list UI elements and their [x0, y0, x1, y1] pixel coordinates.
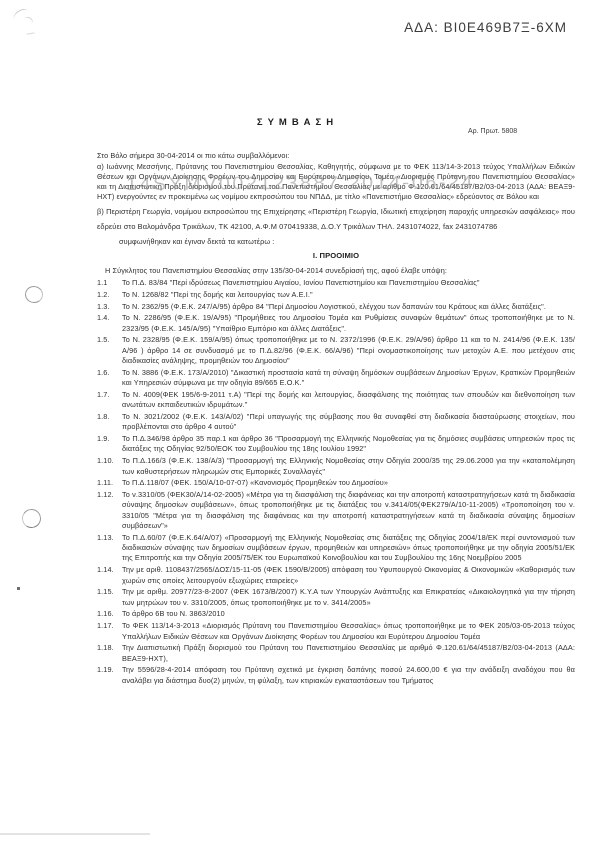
- preamble-list-item: 1.11. Το Π.Δ.118/07 (ΦΕΚ. 150/Α/10-07-07…: [97, 478, 575, 488]
- scan-streak: [0, 833, 150, 835]
- list-item-text: Το Ν. 3021/2002 (Φ.Ε.Κ. 143/Α/02) "Περί …: [122, 412, 575, 433]
- preamble-list-item: 1.19. Την 5596/28-4-2014 απόφαση του Πρύ…: [97, 665, 575, 686]
- preamble-intro-line: Η Σύγκλητος του Πανεπιστημίου Θεσσαλίας …: [105, 266, 575, 276]
- list-item-text: Το Π.Δ. 83/84 "Περί ιδρύσεως Πανεπιστημί…: [122, 278, 575, 288]
- preamble-list-item: 1.16. Το άρθρο 6Β του Ν. 3863/2010: [97, 609, 575, 619]
- pencil-smudge: [21, 15, 34, 28]
- list-item-number: 1.14.: [97, 565, 122, 586]
- list-item-text: Το Ν. 2328/95 (Φ.Ε.Κ. 159/Α/95) όπως τρο…: [122, 335, 575, 366]
- list-item-number: 1.17.: [97, 621, 122, 642]
- ink-dot: [17, 587, 20, 590]
- list-item-number: 1.2.: [97, 290, 122, 300]
- list-item-number: 1.6.: [97, 368, 122, 389]
- list-item-number: 1.8.: [97, 412, 122, 433]
- list-item-text: Την 5596/28-4-2014 απόφαση του Πρύτανη σ…: [122, 665, 575, 686]
- preamble-list-item: 1.9. Το Π.Δ.346/98 άρθρο 35 παρ.1 και άρ…: [97, 434, 575, 455]
- preamble-list-item: 1.12. Το ν.3310/05 (ΦΕΚ30/Α/14-02-2005) …: [97, 490, 575, 531]
- preamble-list-item: 1.8. Το Ν. 3021/2002 (Φ.Ε.Κ. 143/Α/02) "…: [97, 412, 575, 433]
- list-item-number: 1.13.: [97, 533, 122, 564]
- list-item-text: Το Ν. 2286/95 (Φ.Ε.Κ. 19/Α/95) "Προμήθει…: [122, 313, 575, 334]
- list-item-number: 1.10.: [97, 456, 122, 477]
- punch-hole: [20, 507, 43, 530]
- preamble-list-item: 1.1 Το Π.Δ. 83/84 "Περί ιδρύσεως Πανεπισ…: [97, 278, 575, 288]
- protocol-number: Αρ. Πρωτ. 5808: [468, 128, 517, 135]
- list-item-text: Το άρθρο 6Β του Ν. 3863/2010: [122, 609, 575, 619]
- preamble-items-list: 1.1 Το Π.Δ. 83/84 "Περί ιδρύσεως Πανεπισ…: [97, 278, 575, 686]
- preamble-list-item: 1.14. Την με αριθ. 1108437/2565/ΔΟΣ/15-1…: [97, 565, 575, 586]
- list-item-number: 1.11.: [97, 478, 122, 488]
- preamble-list-item: 1.17. Το ΦΕΚ 113/14-3-2013 «Διορισμός Πρ…: [97, 621, 575, 642]
- list-item-number: 1.7.: [97, 390, 122, 411]
- list-item-text: Την με αριθμ. 20977/23-8-2007 (ΦΕΚ 1673/…: [122, 587, 575, 608]
- preamble-list-item: 1.6. Το Ν. 3886 (Φ.Ε.Κ. 173/Α/2010) "Δικ…: [97, 368, 575, 389]
- list-item-text: Το Π.Δ.346/98 άρθρο 35 παρ.1 και άρθρο 3…: [122, 434, 575, 455]
- list-item-text: Το ν.3310/05 (ΦΕΚ30/Α/14-02-2005) «Μέτρα…: [122, 490, 575, 531]
- intro-line: Στο Βόλο σήμερα 30-04-2014 οι πιο κάτω σ…: [97, 151, 575, 161]
- list-item-number: 1.19.: [97, 665, 122, 686]
- list-item-number: 1.18.: [97, 643, 122, 664]
- preamble-list-item: 1.3. Το Ν. 2362/95 (Φ.Ε.Κ. 247/Α/95) άρθ…: [97, 302, 575, 312]
- list-item-text: Την με αριθ. 1108437/2565/ΔΟΣ/15-11-05 (…: [122, 565, 575, 586]
- list-item-number: 1.16.: [97, 609, 122, 619]
- preamble-list-item: 1.7. Το Ν. 4009(ΦΕΚ 195/6-9-2011 τ.Α) "Π…: [97, 390, 575, 411]
- document-body: Στο Βόλο σήμερα 30-04-2014 οι πιο κάτω σ…: [97, 151, 575, 687]
- scanned-contract-page: ΑΔΑ: ΒΙ0Ε469Β7Ξ-6ΧΜ ΣΥΜΒΑΣΗ Αρ. Πρωτ. 58…: [0, 0, 595, 842]
- list-item-number: 1.9.: [97, 434, 122, 455]
- preamble-list-item: 1.10. Το Π.Δ.166/3 (Φ.Ε.Κ. 138/Α/3) "Προ…: [97, 456, 575, 477]
- list-item-number: 1.1: [97, 278, 122, 288]
- list-item-text: Την Διαπιστωτική Πράξη διορισμού του Πρύ…: [122, 643, 575, 664]
- preamble-list-item: 1.15. Την με αριθμ. 20977/23-8-2007 (ΦΕΚ…: [97, 587, 575, 608]
- preamble-list-item: 1.2. Το Ν. 1268/82 "Περί της δομής και λ…: [97, 290, 575, 300]
- preamble-list-item: 1.13. Το Π.Δ.60/07 (Φ.Ε.Κ.64/Α/07) «Προσ…: [97, 533, 575, 564]
- list-item-text: Το Ν. 2362/95 (Φ.Ε.Κ. 247/Α/95) άρθρο 84…: [122, 302, 575, 312]
- pencil-smudge: [11, 7, 30, 24]
- list-item-number: 1.5.: [97, 335, 122, 366]
- list-item-text: Το Ν. 1268/82 "Περί της δομής και λειτου…: [122, 290, 575, 300]
- ada-code: ΑΔΑ: ΒΙ0Ε469Β7Ξ-6ΧΜ: [404, 20, 567, 35]
- list-item-text: Το Π.Δ.60/07 (Φ.Ε.Κ.64/Α/07) «Προσαρμογή…: [122, 533, 575, 564]
- pencil-smudge: [27, 32, 36, 39]
- agreement-line: συμφωνήθηκαν και έγιναν δεκτά τα κατωτέρ…: [119, 237, 575, 247]
- party-b-paragraph: β) Περιστέρη Γεωργία, νομίμου εκπροσώπου…: [97, 205, 575, 234]
- list-item-text: Το Π.Δ.118/07 (ΦΕΚ. 150/Α/10-07-07) «Καν…: [122, 478, 575, 488]
- list-item-text: Το Ν. 3886 (Φ.Ε.Κ. 173/Α/2010) "Δικαστικ…: [122, 368, 575, 389]
- preamble-list-item: 1.5. Το Ν. 2328/95 (Φ.Ε.Κ. 159/Α/95) όπω…: [97, 335, 575, 366]
- document-title: ΣΥΜΒΑΣΗ: [0, 117, 595, 128]
- list-item-number: 1.3.: [97, 302, 122, 312]
- list-item-text: Το Π.Δ.166/3 (Φ.Ε.Κ. 138/Α/3) "Προσαρμογ…: [122, 456, 575, 477]
- list-item-text: Το ΦΕΚ 113/14-3-2013 «Διορισμός Πρύτανη …: [122, 621, 575, 642]
- preamble-list-item: 1.18. Την Διαπιστωτική Πράξη διορισμού τ…: [97, 643, 575, 664]
- party-a-paragraph: α) Ιωάννης Μεσσήνης, Πρύτανης του Πανεπι…: [97, 162, 575, 202]
- section-title-preamble: Ι. ΠΡΟΟΙΜΙΟ: [97, 251, 575, 261]
- list-item-text: Το Ν. 4009(ΦΕΚ 195/6-9-2011 τ.Α) "Περί τ…: [122, 390, 575, 411]
- list-item-number: 1.12.: [97, 490, 122, 531]
- list-item-number: 1.15.: [97, 587, 122, 608]
- preamble-list-item: 1.4. Το Ν. 2286/95 (Φ.Ε.Κ. 19/Α/95) "Προ…: [97, 313, 575, 334]
- punch-hole: [24, 285, 44, 304]
- list-item-number: 1.4.: [97, 313, 122, 334]
